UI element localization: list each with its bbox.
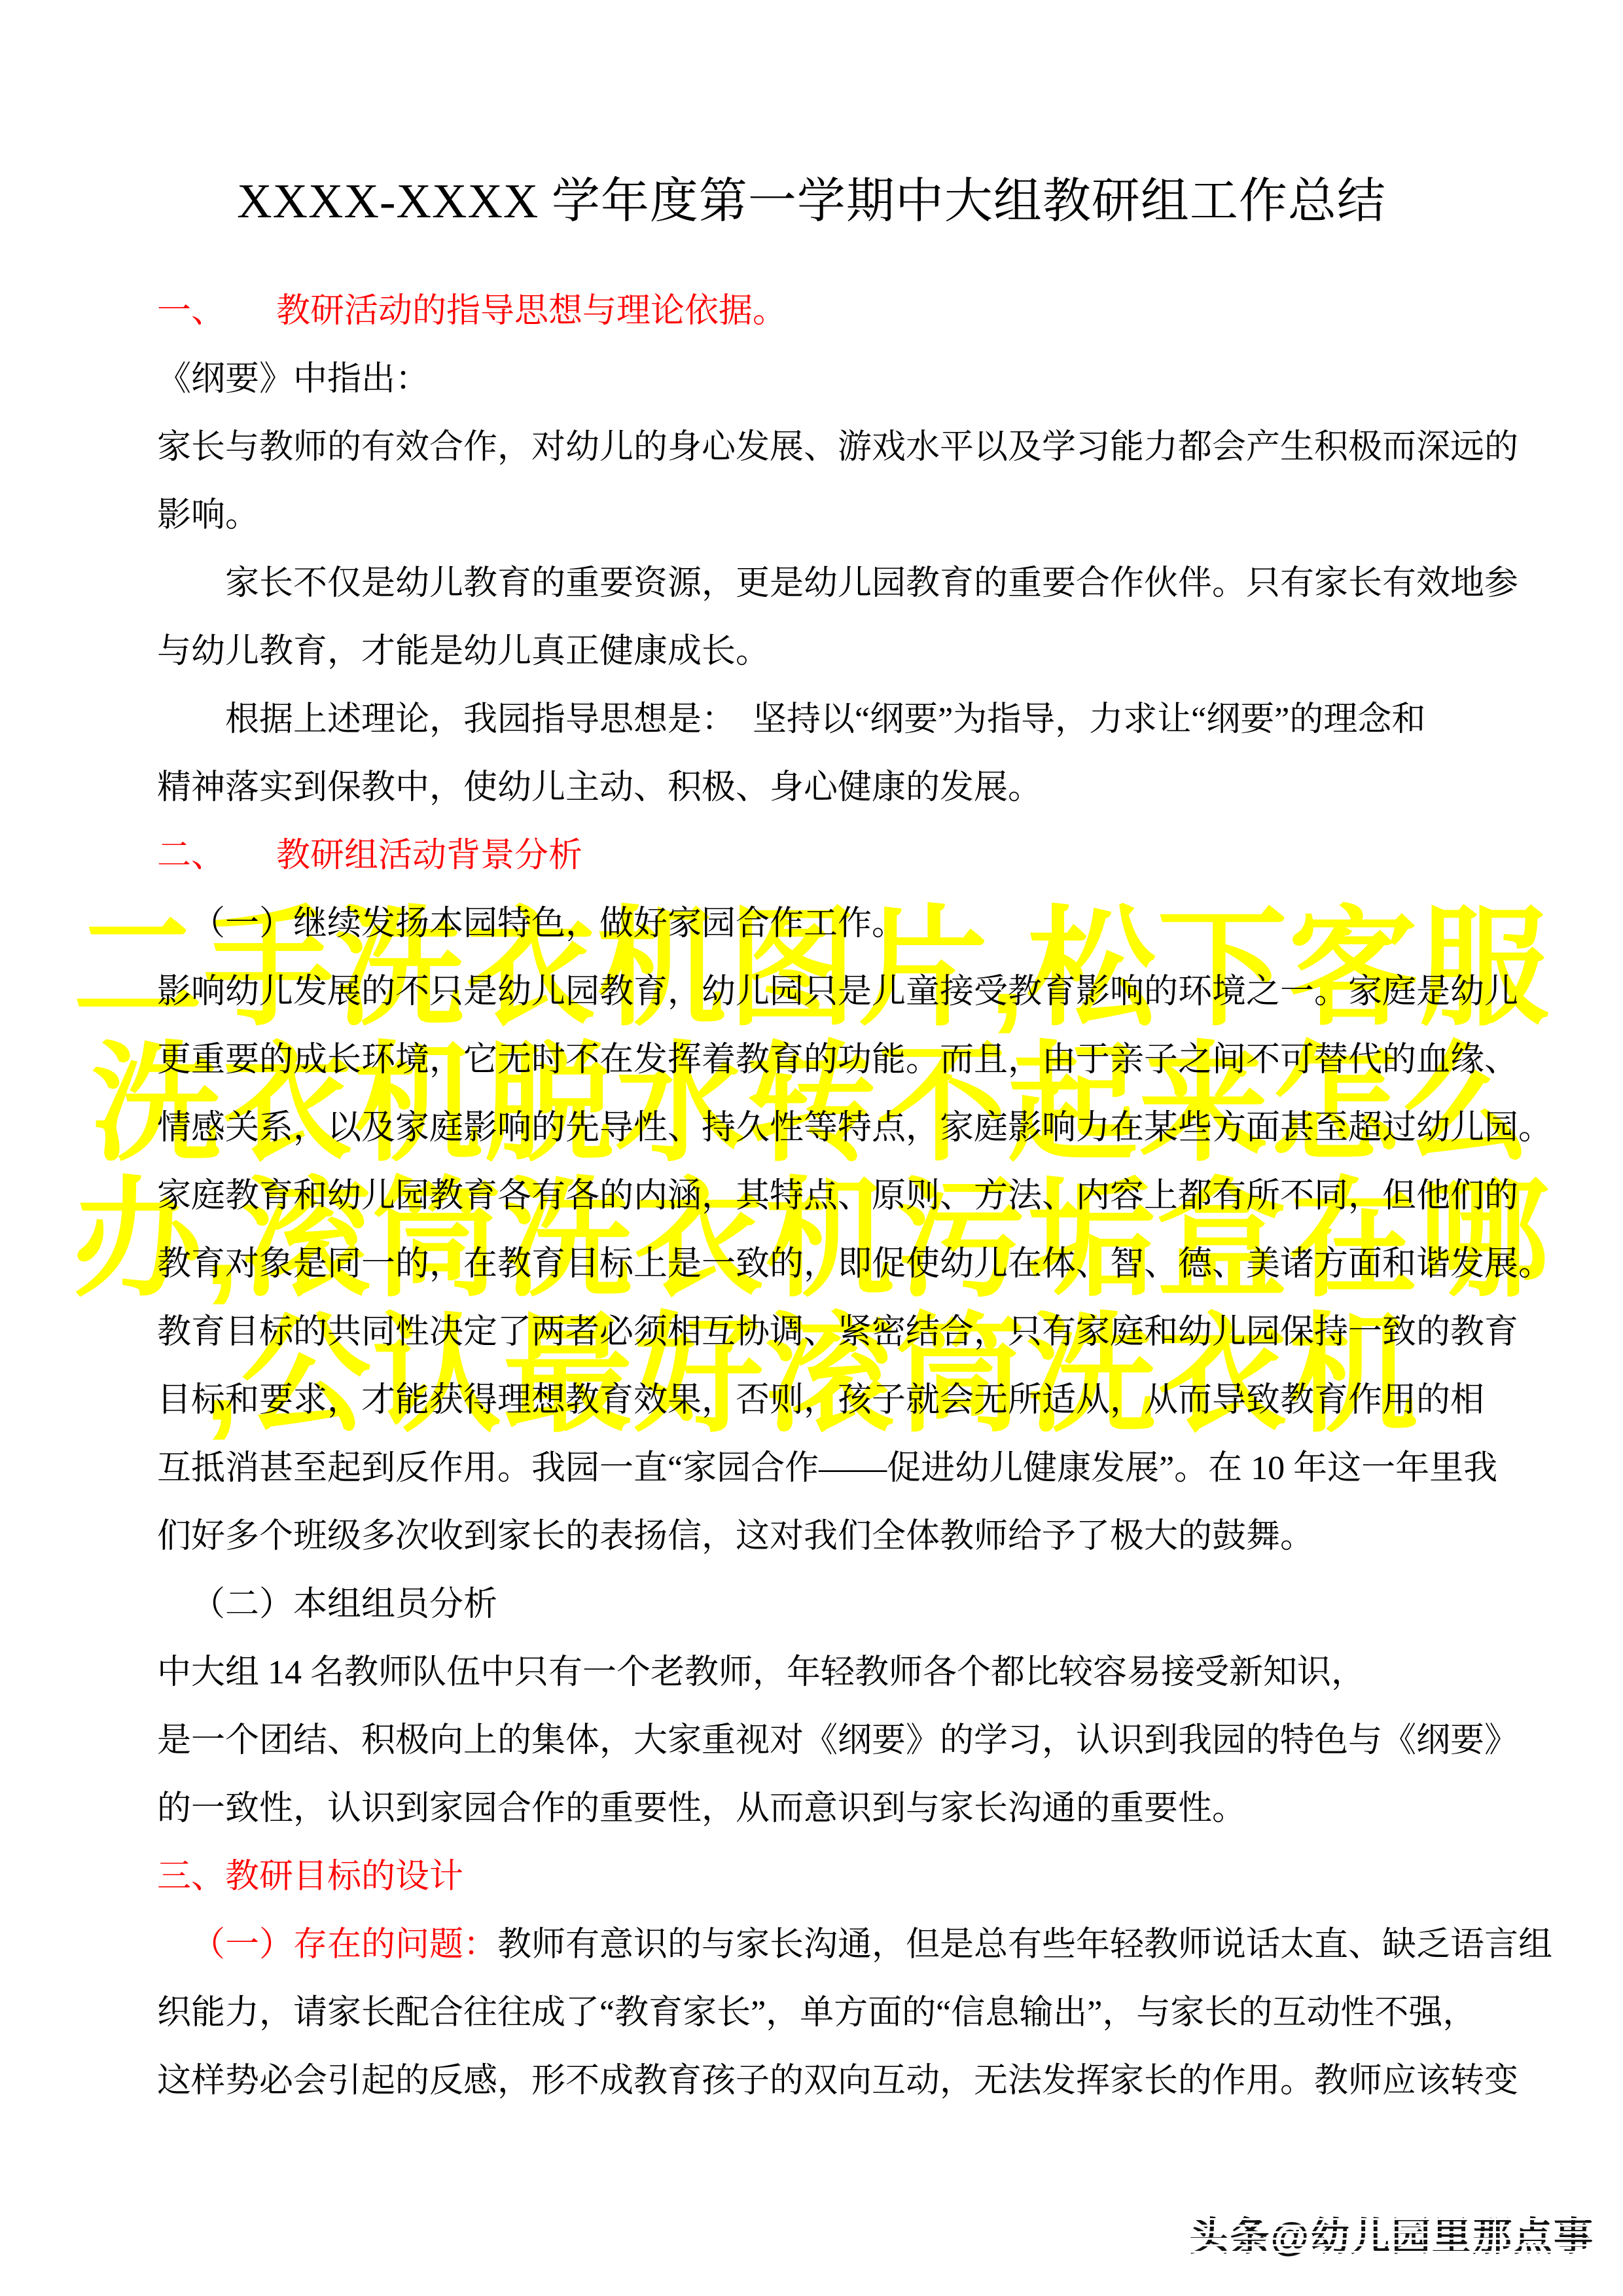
line-text: 是一个团结、积极向上的集体，大家重视对《纲要》的学习，认识到我园的特色与《纲要》 [157,1722,1518,1759]
line-text: 教育对象是同一的，在教育目标上是一致的，即促使幼儿在体、智、德、美诸方面和谐发展… [157,1246,1552,1283]
line-text: 三、教研目标的设计 [157,1858,463,1895]
line-text: 精神落实到保教中，使幼儿主动、积极、身心健康的发展。 [157,769,1042,806]
line-text: 家长与教师的有效合作，对幼儿的身心发展、游戏水平以及学习能力都会产生积极而深远的 [157,429,1518,466]
footer-credit: 头条@幼儿园里那点事 [1189,2214,1594,2261]
line-text: 影响。 [157,497,259,534]
body-line: 《纲要》中指出： [157,346,1515,414]
body-line: 根据上述理论，我园指导思想是： 坚持以“纲要”为指导，力求让“纲要”的理念和 [157,686,1515,754]
heading-line: （一）存在的问题：教师有意识的与家长沟通，但是总有些年轻教师说话太直、缺乏语言组 [157,1911,1515,1979]
document-body: 一、 教研活动的指导思想与理论依据。《纲要》中指出：家长与教师的有效合作，对幼儿… [157,278,1515,2115]
heading-line: 三、教研目标的设计 [157,1843,1515,1911]
line-text: 们好多个班级多次收到家长的表扬信，这对我们全体教师给予了极大的鼓舞。 [157,1518,1314,1555]
body-line: 影响幼儿发展的不只是幼儿园教育，幼儿园只是儿童接受教育影响的环境之一。家庭是幼儿 [157,958,1515,1026]
heading-line: 二、 教研组活动背景分析 [157,822,1515,890]
line-text: 二、 教研组活动背景分析 [157,837,582,874]
line-text: 情感关系，以及家庭影响的先导性、持久性等特点，家庭影响力在某些方面甚至超过幼儿园… [157,1109,1552,1147]
line-text: 这样势必会引起的反感，形不成教育孩子的双向互动，无法发挥家长的作用。教师应该转变 [157,2062,1518,2100]
body-line: 家长与教师的有效合作，对幼儿的身心发展、游戏水平以及学习能力都会产生积极而深远的 [157,414,1515,482]
line-text: （一）继续发扬本园特色，做好家园合作工作。 [191,905,906,942]
body-line: 更重要的成长环境，它无时不在发挥着教育的功能。而且，由于亲子之间不可替代的血缘、 [157,1026,1515,1094]
body-line: 中大组 14 名教师队伍中只有一个老教师，年轻教师各个都比较容易接受新知识， [157,1639,1515,1707]
body-line: 家庭教育和幼儿园教育各有各的内涵，其特点、原则、方法、内容上都有所不同，但他们的 [157,1162,1515,1230]
body-line: 情感关系，以及家庭影响的先导性、持久性等特点，家庭影响力在某些方面甚至超过幼儿园… [157,1094,1515,1162]
body-line: 是一个团结、积极向上的集体，大家重视对《纲要》的学习，认识到我园的特色与《纲要》 [157,1707,1515,1775]
body-line: 们好多个班级多次收到家长的表扬信，这对我们全体教师给予了极大的鼓舞。 [157,1503,1515,1571]
body-line: （一）继续发扬本园特色，做好家园合作工作。 [157,890,1515,958]
line-text: 织能力，请家长配合往往成了“教育家长”，单方面的“信息输出”，与家长的互动性不强… [157,1994,1476,2032]
line-text: 中大组 14 名教师队伍中只有一个老教师，年轻教师各个都比较容易接受新知识， [157,1654,1365,1691]
heading-prefix: （一）存在的问题： [191,1926,497,1964]
line-text: 互抵消甚至起到反作用。我园一直“家园合作——促进幼儿健康发展”。在 10 年这一… [157,1450,1497,1487]
body-line: 教育对象是同一的，在教育目标上是一致的，即促使幼儿在体、智、德、美诸方面和谐发展… [157,1230,1515,1299]
body-line: 织能力，请家长配合往往成了“教育家长”，单方面的“信息输出”，与家长的互动性不强… [157,1979,1515,2047]
line-text: 家庭教育和幼儿园教育各有各的内涵，其特点、原则、方法、内容上都有所不同，但他们的 [157,1177,1518,1215]
line-text: 根据上述理论，我园指导思想是： 坚持以“纲要”为指导，力求让“纲要”的理念和 [225,701,1425,738]
body-line: 家长不仅是幼儿教育的重要资源，更是幼儿园教育的重要合作伙伴。只有家长有效地参 [157,550,1515,618]
body-line: 与幼儿教育，才能是幼儿真正健康成长。 [157,618,1515,686]
body-line: 目标和要求，才能获得理想教育效果，否则，孩子就会无所适从，从而导致教育作用的相 [157,1367,1515,1435]
body-line: 互抵消甚至起到反作用。我园一直“家园合作——促进幼儿健康发展”。在 10 年这一… [157,1435,1515,1503]
line-text: 与幼儿教育，才能是幼儿真正健康成长。 [157,633,770,670]
body-line: 这样势必会引起的反感，形不成教育孩子的双向互动，无法发挥家长的作用。教师应该转变 [157,2047,1515,2115]
body-line: （二）本组组员分析 [157,1571,1515,1639]
line-text: 影响幼儿发展的不只是幼儿园教育，幼儿园只是儿童接受教育影响的环境之一。家庭是幼儿 [157,973,1518,1011]
line-text: 《纲要》中指出： [157,361,429,398]
line-text: 的一致性，认识到家园合作的重要性，从而意识到与家长沟通的重要性。 [157,1790,1246,1827]
line-text: 教师有意识的与家长沟通，但是总有些年轻教师说话太直、缺乏语言组 [497,1926,1552,1964]
line-text: 更重要的成长环境，它无时不在发挥着教育的功能。而且，由于亲子之间不可替代的血缘、 [157,1041,1518,1079]
line-text: 目标和要求，才能获得理想教育效果，否则，孩子就会无所适从，从而导致教育作用的相 [157,1382,1484,1419]
body-line: 影响。 [157,482,1515,550]
heading-line: 一、 教研活动的指导思想与理论依据。 [157,278,1515,346]
line-text: 家长不仅是幼儿教育的重要资源，更是幼儿园教育的重要合作伙伴。只有家长有效地参 [225,565,1518,602]
body-line: 的一致性，认识到家园合作的重要性，从而意识到与家长沟通的重要性。 [157,1775,1515,1843]
document-title: XXXX-XXXX 学年度第一学期中大组教研组工作总结 [0,171,1623,232]
document-page: XXXX-XXXX 学年度第一学期中大组教研组工作总结 一、 教研活动的指导思想… [0,0,1623,2296]
body-line: 精神落实到保教中，使幼儿主动、积极、身心健康的发展。 [157,754,1515,822]
line-text: （二）本组组员分析 [191,1586,497,1623]
line-text: 教育目标的共同性决定了两者必须相互协调、紧密结合，只有家庭和幼儿园保持一致的教育 [157,1314,1518,1351]
body-line: 教育目标的共同性决定了两者必须相互协调、紧密结合，只有家庭和幼儿园保持一致的教育 [157,1299,1515,1367]
line-text: 一、 教研活动的指导思想与理论依据。 [157,293,787,330]
